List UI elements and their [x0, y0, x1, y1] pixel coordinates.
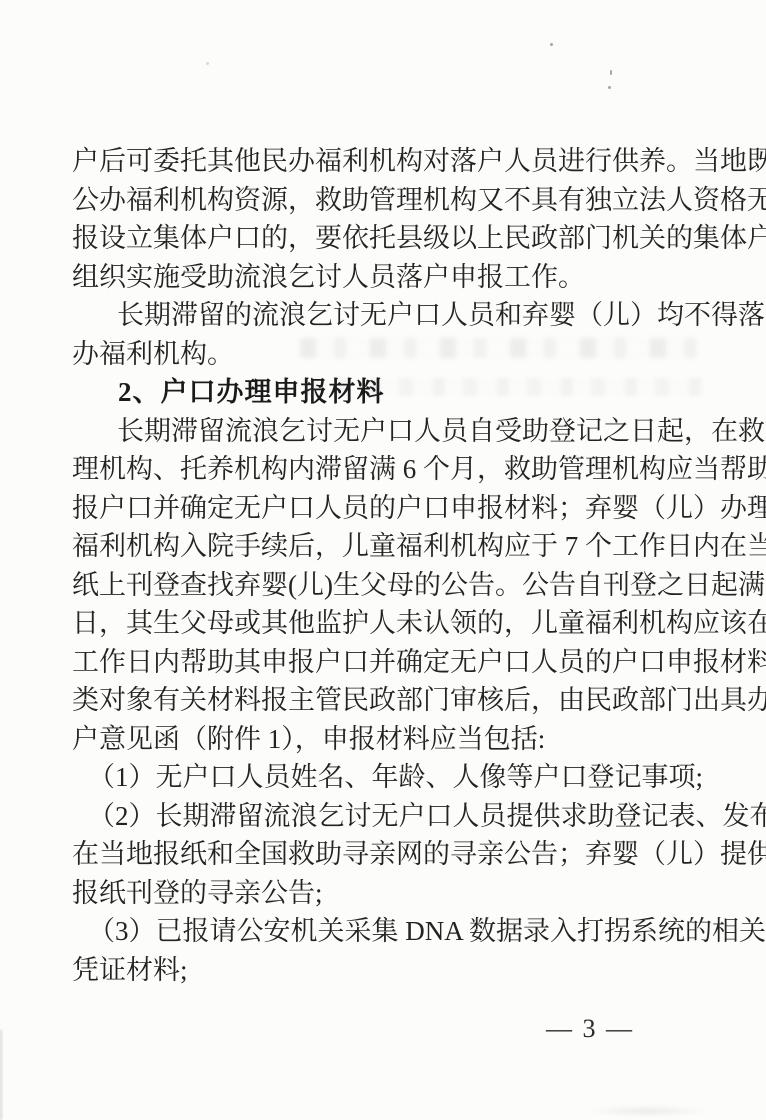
text-line: 报纸刊登的寻亲公告;	[72, 874, 700, 913]
text-line: 类对象有关材料报主管民政部门审核后，由民政部门出具办理落	[72, 681, 700, 720]
text-line: 组织实施受助流浪乞讨人员落户申报工作。	[72, 258, 700, 297]
scan-edge-artifact	[0, 1030, 2, 1120]
text-line: 凭证材料;	[72, 951, 700, 990]
scan-speck-artifact	[610, 70, 612, 75]
text-line: 户后可委托其他民办福利机构对落户人员进行供养。当地既缺乏	[72, 142, 700, 181]
list-item-line-1: （1）无户口人员姓名、年龄、人像等户口登记事项;	[72, 758, 700, 797]
page-number: — 3 —	[546, 1014, 634, 1044]
text-line: 日，其生父母或其他监护人未认领的，儿童福利机构应该在 7 个	[72, 604, 700, 643]
text-line: 理机构、托养机构内滞留满 6 个月，救助管理机构应当帮助其申	[72, 450, 700, 489]
list-item-line-3: （3）已报请公安机关采集 DNA 数据录入打拐系统的相关	[72, 912, 700, 951]
text-line: 户意见函（附件 1），申报材料应当包括:	[72, 720, 700, 759]
text-line: 纸上刊登查找弃婴(儿)生父母的公告。公告自刊登之日起满 30	[72, 566, 700, 605]
text-line: 长期滞留的流浪乞讨无户口人员和弃婴（儿）均不得落户民	[72, 296, 700, 335]
text-line: 公办福利机构资源，救助管理机构又不具有独立法人资格无法申	[72, 181, 700, 220]
text-line: 报设立集体户口的，要依托县级以上民政部门机关的集体户口，	[72, 219, 700, 258]
scan-speck-artifact	[206, 62, 209, 65]
list-item-line-2: （2）长期滞留流浪乞讨无户口人员提供求助登记表、发布	[72, 797, 700, 836]
text-line: 福利机构入院手续后，儿童福利机构应于 7 个工作日内在当地报	[72, 527, 700, 566]
scan-bleedthrough-artifact	[305, 378, 705, 396]
text-line: 长期滞留流浪乞讨无户口人员自受助登记之日起，在救助管	[72, 412, 700, 451]
scan-bleedthrough-artifact	[300, 338, 700, 358]
text-line: 报户口并确定无户口人员的户口申报材料；弃婴（儿）办理儿童	[72, 489, 700, 528]
text-line: 在当地报纸和全国救助寻亲网的寻亲公告；弃婴（儿）提供当地	[72, 835, 700, 874]
text-line: 工作日内帮助其申报户口并确定无户口人员的户口申报材料。两	[72, 643, 700, 682]
scan-speck-artifact	[550, 43, 553, 46]
scan-smudge-artifact	[585, 1106, 710, 1116]
scanned-document-page: 户后可委托其他民办福利机构对落户人员进行供养。当地既缺乏 公办福利机构资源，救助…	[0, 0, 766, 1120]
document-text-block: 户后可委托其他民办福利机构对落户人员进行供养。当地既缺乏 公办福利机构资源，救助…	[72, 142, 700, 989]
scan-speck-artifact	[608, 86, 611, 89]
